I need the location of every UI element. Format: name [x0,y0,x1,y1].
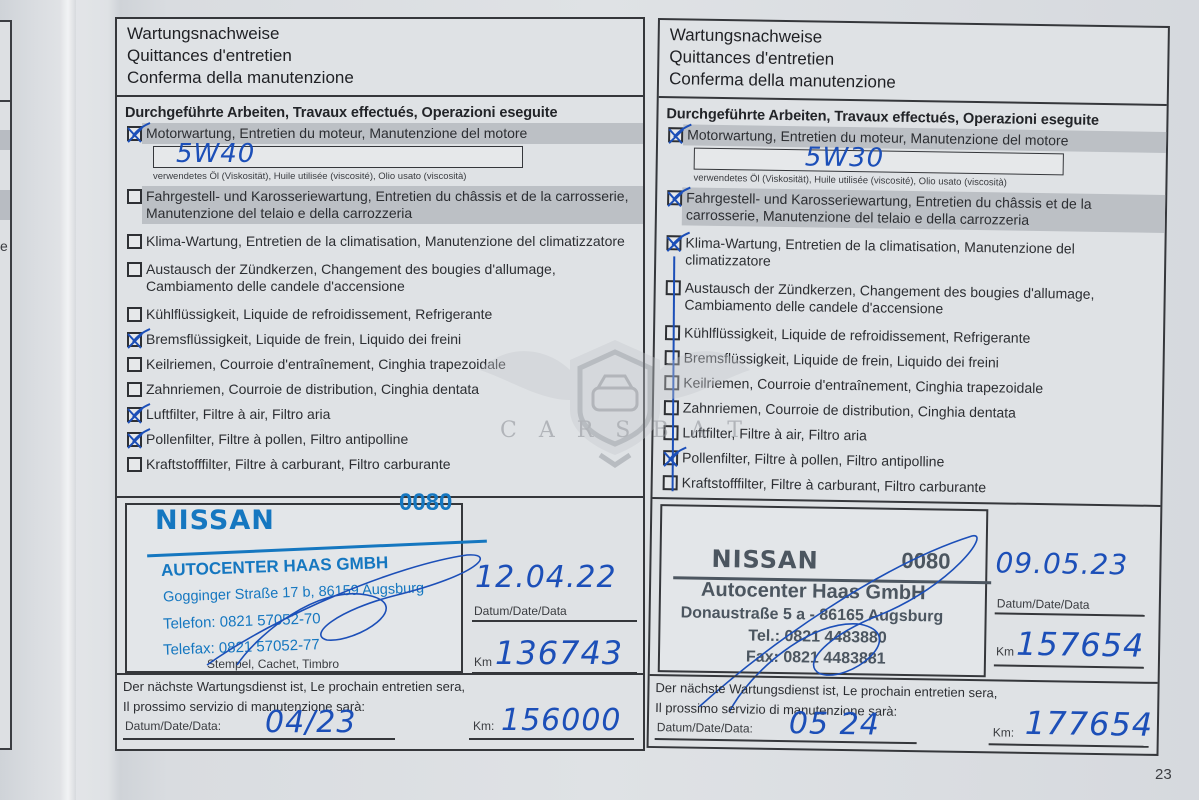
next-service-line1: Der nächste Wartungsdienst ist, Le proch… [123,679,465,694]
checklist-item-label: Bremsflüssigkeit, Liquide de frein, Liqu… [142,329,643,350]
checklist-item: Kühlflüssigkeit, Liquide de refroidissem… [655,322,1163,351]
checklist-item-label: Kühlflüssigkeit, Liquide de refroidissem… [680,322,1163,351]
checklist-item-label: Luftfilter, Filtre à air, Filtro aria [678,422,1161,451]
checklist-item: Luftfilter, Filtre à air, Filtro aria [653,422,1161,451]
dealer-stamp: NISSAN 0080 Autocenter Haas GmbH Donaust… [658,504,989,677]
checkbox-unchecked[interactable] [127,382,142,397]
next-date-value: 05 24 [789,706,880,742]
page-number: 23 [1155,766,1172,783]
checklist-item: Fahrgestell- und Karosseriewartung, Entr… [657,187,1166,233]
checklist-item-label: Fahrgestell- und Karosseriewartung, Entr… [682,187,1166,233]
stamp-area: NISSAN 0080 AUTOCENTER HAAS GMBH Gogging… [117,496,643,677]
service-record-right: Wartungsnachweise Quittances d'entretien… [647,18,1170,756]
checklist-item-label: Zahnriemen, Courroie de distribution, Ci… [679,397,1162,426]
next-service-area: Der nächste Wartungsdienst ist, Le proch… [649,674,1158,754]
checklist-item-label: Pollenfilter, Filtre à pollen, Filtro an… [142,429,643,450]
checklist-item: Klima-Wartung, Entretien de la climatisa… [117,231,643,252]
signature [197,525,497,675]
checkbox-checked[interactable] [127,432,142,447]
checkbox-unchecked[interactable] [127,234,142,249]
checklist-item-label: Kraftstofffilter, Filtre à carburant, Fi… [678,472,1161,501]
checklist-item: Luftfilter, Filtre à air, Filtro aria [117,404,643,425]
checklist-item: Kraftstofffilter, Filtre à carburant, Fi… [117,454,643,475]
checklist-item: Keilriemen, Courroie d'entraînement, Cin… [654,372,1162,401]
checkbox-checked[interactable] [667,190,682,205]
checkbox-checked[interactable] [127,126,142,141]
checklist-item: Kraftstofffilter, Filtre à carburant, Fi… [653,472,1161,501]
checklist-item: Pollenfilter, Filtre à pollen, Filtro an… [117,429,643,450]
oil-caption: verwendetes Öl (Viskosität), Huile utili… [153,171,643,182]
service-km-value: 136743 [495,634,623,672]
checkbox-checked[interactable] [668,127,683,142]
oil-viscosity-field: 5W30verwendetes Öl (Viskosität), Huile u… [657,147,1166,191]
header-title-de: Wartungsnachweise [127,23,633,45]
next-service-area: Der nächste Wartungsdienst ist, Le proch… [117,673,643,749]
date-label: Datum/Date/Data [474,604,567,618]
service-date-value: 09.05.23 [995,546,1128,581]
checklist-item: Kühlflüssigkeit, Liquide de refroidissem… [117,304,643,325]
form-header: Wartungsnachweise Quittances d'entretien… [117,19,643,97]
oil-viscosity-value: 5W40 [176,139,255,169]
checklist-item-label: Austausch der Zündkerzen, Changement des… [680,277,1164,323]
checkbox-checked[interactable] [666,235,681,250]
next-date-label: Datum/Date/Data: [657,720,753,736]
section-title: Durchgeführte Arbeiten, Travaux effectué… [117,97,643,123]
checklist-item: Bremsflüssigkeit, Liquide de frein, Liqu… [117,329,643,350]
next-service-line1: Der nächste Wartungsdienst ist, Le proch… [655,680,997,700]
checkbox-checked[interactable] [127,332,142,347]
checklist-item-label: Kraftstofffilter, Filtre à carburant, Fi… [142,454,643,475]
checklist-item-label: Austausch der Zündkerzen, Changement des… [142,259,643,297]
oil-viscosity-box[interactable]: 5W30 [694,148,1064,176]
checklist-item: Pollenfilter, Filtre à pollen, Filtro an… [653,447,1161,476]
booklet-spine [60,0,76,800]
checklist-item: Zahnriemen, Courroie de distribution, Ci… [654,397,1162,426]
checkbox-checked[interactable] [127,407,142,422]
checklist-item: Austausch der Zündkerzen, Changement des… [655,277,1164,323]
next-date-value: 04/23 [265,705,356,740]
checklist-item-label: Klima-Wartung, Entretien de la climatisa… [681,232,1165,278]
next-km-label: Km: [993,725,1015,739]
checklist-item-label: Luftfilter, Filtre à air, Filtro aria [142,404,643,425]
checklist-item-label: Kühlflüssigkeit, Liquide de refroidissem… [142,304,643,325]
checklist-item: Zahnriemen, Courroie de distribution, Ci… [117,379,643,400]
checklist-item-label: Zahnriemen, Courroie de distribution, Ci… [142,379,643,400]
oil-viscosity-value: 5W30 [805,142,885,173]
stamp-code: 0080 [399,489,452,517]
checkbox-unchecked[interactable] [127,357,142,372]
form-header: Wartungsnachweise Quittances d'entretien… [659,20,1168,106]
oil-viscosity-field: 5W40verwendetes Öl (Viskosität), Huile u… [117,146,643,182]
service-km-value: 157654 [1016,625,1145,665]
header-title-it: Conferma della manutenzione [127,67,633,89]
previous-page-edge [0,20,12,750]
next-km-value: 177654 [1025,704,1154,744]
checklist-item-label: Keilriemen, Courroie d'entraînement, Cin… [679,372,1162,401]
checklist-item: Bremsflüssigkeit, Liquide de frein, Liqu… [655,347,1163,376]
next-date-label: Datum/Date/Data: [125,719,221,733]
header-title-fr: Quittances d'entretien [127,45,633,67]
previous-page-text-fragment: e [0,238,8,254]
next-km-value: 156000 [501,703,622,738]
checklist-item-label: Klima-Wartung, Entretien de la climatisa… [142,231,643,252]
checklist-item: Klima-Wartung, Entretien de la climatisa… [656,232,1165,278]
checklist-item-label: Pollenfilter, Filtre à pollen, Filtro an… [678,447,1161,476]
checklist-item: Austausch der Zündkerzen, Changement des… [117,259,643,297]
dealer-stamp: NISSAN 0080 AUTOCENTER HAAS GMBH Gogging… [125,503,463,673]
oil-viscosity-box[interactable]: 5W40 [153,146,523,168]
checkbox-unchecked[interactable] [127,262,142,277]
date-label: Datum/Date/Data [997,596,1090,611]
service-date-value: 12.04.22 [475,560,617,595]
checklist-item-label: Keilriemen, Courroie d'entraînement, Cin… [142,354,643,375]
checklist: Motorwartung, Entretien du moteur, Manut… [653,124,1167,501]
checklist-item: Fahrgestell- und Karosseriewartung, Entr… [117,186,643,224]
stamp-area: NISSAN 0080 Autocenter Haas GmbH Donaust… [650,497,1161,686]
checklist-item: Keilriemen, Courroie d'entraînement, Cin… [117,354,643,375]
service-record-left: Wartungsnachweise Quittances d'entretien… [115,17,645,751]
km-label: Km [996,644,1014,658]
km-label: Km [474,655,492,669]
checklist-item-label: Fahrgestell- und Karosseriewartung, Entr… [142,186,643,224]
next-km-label: Km: [473,719,494,733]
checklist-item-label: Bremsflüssigkeit, Liquide de frein, Liqu… [679,347,1162,376]
checkbox-unchecked[interactable] [127,307,142,322]
checkbox-unchecked[interactable] [127,189,142,204]
checkbox-unchecked[interactable] [127,457,142,472]
checklist: Motorwartung, Entretien du moteur, Manut… [117,123,643,475]
